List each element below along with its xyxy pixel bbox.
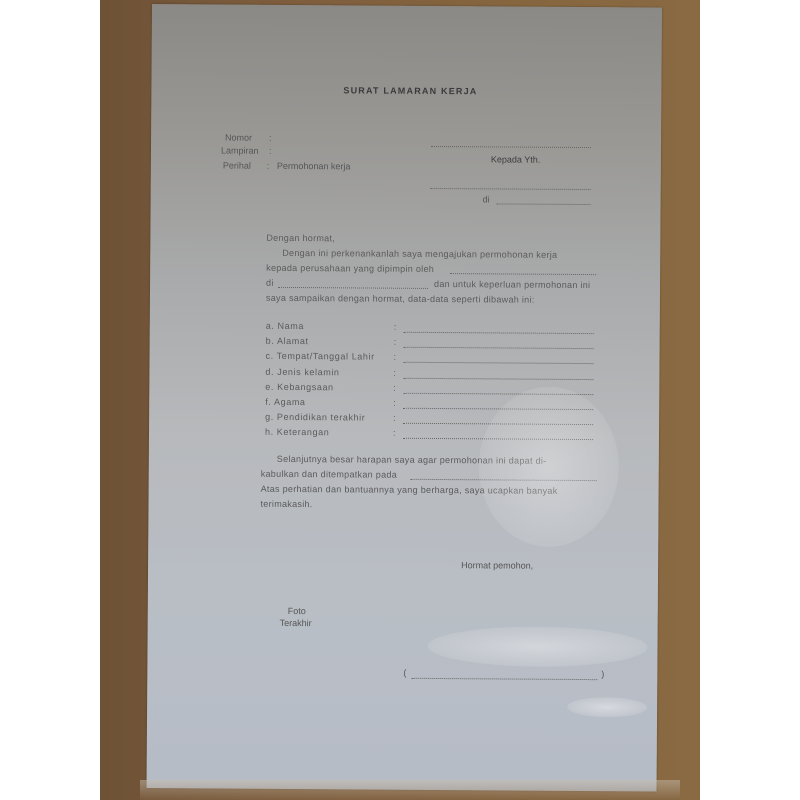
- recipient-di-label: di: [483, 194, 490, 204]
- field-separator: :: [394, 337, 397, 347]
- closing-line-4: terimakasih.: [260, 499, 312, 509]
- signature-close-paren: ): [601, 669, 604, 679]
- closing-line-2: kabulkan dan ditempatkan pada: [261, 469, 397, 480]
- field-label: f. Agama: [265, 397, 305, 407]
- field-separator: :: [394, 322, 397, 332]
- field-label: d. Jenis kelamin: [265, 366, 339, 377]
- signature-name-line: [411, 678, 597, 680]
- field-separator: :: [393, 428, 396, 438]
- nomor-separator: :: [269, 133, 272, 143]
- field-separator: :: [393, 382, 396, 392]
- field-separator: :: [394, 352, 397, 362]
- document-title: SURAT LAMARAN KERJA: [343, 85, 477, 96]
- field-separator: :: [393, 367, 396, 377]
- intro-line-4: saya sampaikan dengan hormat, data-data …: [266, 293, 535, 305]
- photo-label-line-1: Foto: [288, 606, 306, 616]
- perihal-value: Permohonan kerja: [277, 161, 351, 172]
- field-label: a. Nama: [266, 321, 304, 331]
- field-fill-line: [404, 332, 594, 334]
- field-fill-line: [404, 347, 594, 349]
- date-line: [431, 146, 591, 148]
- plastic-glare: [427, 626, 647, 668]
- signature-label: Hormat pemohon,: [461, 560, 533, 571]
- intro-line-1: Dengan ini perkenankanlah saya mengajuka…: [282, 248, 557, 260]
- recipient-to-label: Kepada Yth.: [491, 154, 540, 164]
- field-label: c. Tempat/Tanggal Lahir: [266, 351, 375, 362]
- field-label: b. Alamat: [266, 336, 309, 346]
- plastic-glare: [567, 697, 647, 718]
- field-label: g. Pendidikan terakhir: [265, 412, 365, 423]
- perihal-label: Perihal: [223, 160, 251, 170]
- field-separator: :: [393, 413, 396, 423]
- field-fill-line: [403, 377, 593, 379]
- photo-label-line-2: Terakhir: [280, 618, 312, 628]
- signature-open-paren: (: [403, 668, 406, 678]
- intro-line-3-suffix: dan untuk keperluan permohonan ini: [434, 279, 590, 290]
- plastic-glare: [478, 386, 619, 547]
- field-fill-line: [403, 362, 593, 364]
- recipient-name-line: [431, 188, 591, 190]
- nomor-label: Nomor: [225, 133, 252, 143]
- lampiran-label: Lampiran: [221, 145, 259, 155]
- company-name-line: [450, 273, 596, 275]
- intro-line-2: kepada perusahaan yang dipimpin oleh: [266, 263, 434, 274]
- field-label: e. Kebangsaan: [265, 382, 333, 392]
- perihal-separator: :: [267, 161, 270, 171]
- field-label: h. Keterangan: [265, 427, 329, 437]
- recipient-location-line: [497, 203, 591, 205]
- lampiran-separator: :: [269, 146, 272, 156]
- company-location-line: [278, 287, 428, 289]
- application-letter-form: SURAT LAMARAN KERJA Nomor : Lampiran : P…: [147, 4, 662, 792]
- greeting: Dengan hormat,: [266, 233, 335, 243]
- intro-line-3-prefix: di: [266, 278, 274, 288]
- plastic-wrap-edge: [140, 780, 680, 800]
- field-separator: :: [393, 398, 396, 408]
